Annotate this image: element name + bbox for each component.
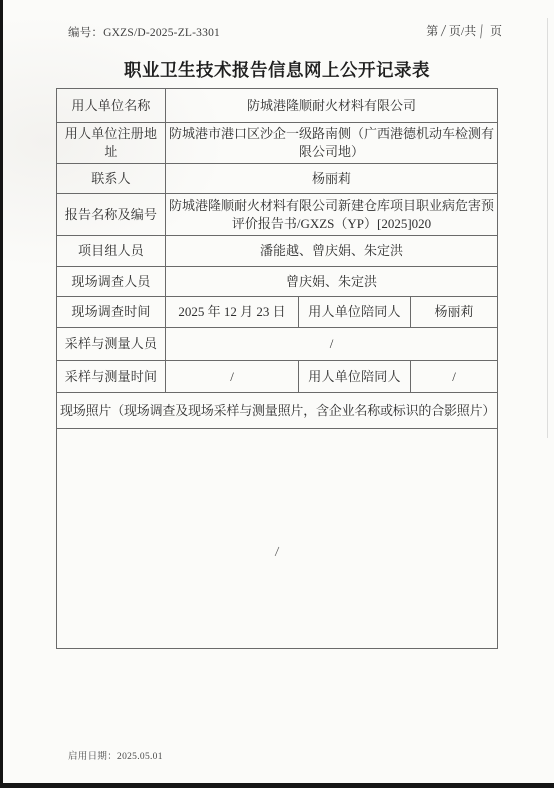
document-number-value: GXZS/D-2025-ZL-3301: [103, 27, 220, 39]
photo-section-cell: /: [57, 429, 498, 649]
page-prefix: 第: [426, 24, 438, 38]
table-row: 联系人 杨丽莉: [57, 164, 498, 194]
value-site-survey-time: 2025 年 12 月 23 日: [166, 297, 299, 328]
photo-placeholder-mark: /: [274, 543, 279, 563]
label-employer-name: 用人单位名称: [57, 89, 166, 123]
value-sampling-companion: /: [411, 361, 498, 393]
table-row: 采样与测量人员 /: [57, 328, 498, 361]
label-employer-address: 用人单位注册地址: [57, 123, 166, 164]
label-report-name-no: 报告名称及编号: [57, 194, 166, 236]
label-sampling-time: 采样与测量时间: [57, 361, 166, 393]
label-site-survey-time: 现场调查时间: [57, 297, 166, 328]
table-row: 采样与测量时间 / 用人单位陪同人 /: [57, 361, 498, 393]
scan-edge-left: [0, 0, 3, 788]
table-row: 现场调查人员 曾庆娟、朱定洪: [57, 267, 498, 297]
label-project-team: 项目组人员: [57, 236, 166, 267]
value-employer-name: 防城港隆顺耐火材料有限公司: [166, 89, 498, 123]
table-row: 用人单位注册地址 防城港市港口区沙企一级路南侧（广西港德机动车检测有限公司地）: [57, 123, 498, 164]
table-row: 项目组人员 潘能越、曾庆娟、朱定洪: [57, 236, 498, 267]
page-mid: 页/共: [449, 24, 476, 38]
page-number: 第/页/共| 页: [426, 22, 502, 39]
scanned-document-page: 编号：GXZS/D-2025-ZL-3301 第/页/共| 页 职业卫生技术报告…: [0, 0, 554, 788]
label-sampling-companion: 用人单位陪同人: [299, 361, 411, 393]
table-row: /: [57, 429, 498, 649]
enable-date-note: 启用日期：2025.05.01: [68, 748, 163, 762]
table-row: 报告名称及编号 防城港隆顺耐火材料有限公司新建仓库项目职业病危害预评价报告书/G…: [57, 194, 498, 236]
table-row: 现场调查时间 2025 年 12 月 23 日 用人单位陪同人 杨丽莉: [57, 297, 498, 328]
value-sampling-time: /: [166, 361, 299, 393]
document-number-label: 编号：: [68, 27, 103, 39]
table-row: 用人单位名称 防城港隆顺耐火材料有限公司: [57, 89, 498, 123]
enable-date-label: 启用日期：: [68, 752, 117, 762]
document-number: 编号：GXZS/D-2025-ZL-3301: [68, 24, 220, 40]
page-total-handwritten-mark: |: [478, 23, 484, 39]
label-sampling-staff: 采样与测量人员: [57, 328, 166, 361]
table-row: 现场照片（现场调查及现场采样与测量照片，含企业名称或标识的合影照片）: [57, 393, 498, 429]
label-site-survey-staff: 现场调查人员: [57, 267, 166, 297]
enable-date-value: 2025.05.01: [117, 752, 163, 762]
value-employer-address: 防城港市港口区沙企一级路南侧（广西港德机动车检测有限公司地）: [166, 123, 498, 164]
page-current-handwritten-mark: /: [440, 23, 446, 39]
photo-section-header: 现场照片（现场调查及现场采样与测量照片，含企业名称或标识的合影照片）: [57, 393, 498, 429]
value-sampling-staff: /: [166, 328, 498, 361]
value-site-survey-staff: 曾庆娟、朱定洪: [166, 267, 498, 297]
page-title: 职业卫生技术报告信息网上公开记录表: [0, 57, 554, 82]
label-survey-companion: 用人单位陪同人: [299, 297, 411, 328]
record-table: 用人单位名称 防城港隆顺耐火材料有限公司 用人单位注册地址 防城港市港口区沙企一…: [56, 88, 498, 649]
value-survey-companion: 杨丽莉: [411, 297, 498, 328]
value-project-team: 潘能越、曾庆娟、朱定洪: [166, 236, 498, 267]
value-report-name-no: 防城港隆顺耐火材料有限公司新建仓库项目职业病危害预评价报告书/GXZS（YP）[…: [166, 194, 498, 236]
page-suffix: 页: [490, 24, 502, 38]
label-contact: 联系人: [57, 164, 166, 194]
value-contact: 杨丽莉: [166, 164, 498, 194]
scan-edge-bottom: [0, 783, 554, 788]
